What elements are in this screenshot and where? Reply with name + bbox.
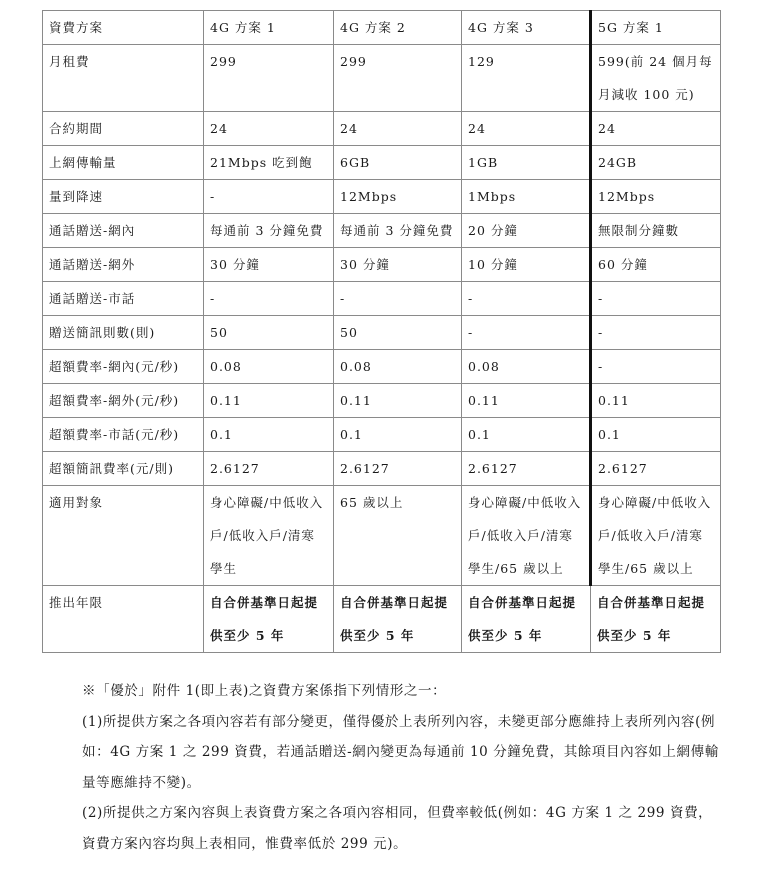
table-cell: 0.08 bbox=[204, 350, 334, 384]
table-cell: - bbox=[591, 316, 721, 350]
table-cell: 129 bbox=[462, 45, 591, 112]
header-cell-4g-plan-3: 4G 方案 3 bbox=[462, 11, 591, 45]
table-cell: 0.1 bbox=[462, 418, 591, 452]
table-cell: 24 bbox=[334, 112, 462, 146]
table-cell: 0.11 bbox=[204, 384, 334, 418]
table-cell: - bbox=[204, 180, 334, 214]
table-cell: 無限制分鐘數 bbox=[591, 214, 721, 248]
table-cell: - bbox=[462, 282, 591, 316]
table-cell: 0.11 bbox=[462, 384, 591, 418]
table-cell: 21Mbps 吃到飽 bbox=[204, 146, 334, 180]
table-cell: 24 bbox=[462, 112, 591, 146]
rate-plan-table: 資費方案 4G 方案 1 4G 方案 2 4G 方案 3 5G 方案 1 月租費… bbox=[42, 10, 721, 653]
footnote-item-2: (2)所提供之方案內容與上表資費方案之各項內容相同，但費率較低(例如：4G 方案… bbox=[82, 798, 722, 859]
table-cell: 0.08 bbox=[462, 350, 591, 384]
table-cell: 1GB bbox=[462, 146, 591, 180]
row-label: 通話贈送-網外 bbox=[43, 248, 204, 282]
table-cell: 自合併基準日起提供至少 5 年 bbox=[462, 586, 591, 653]
table-row-data-allowance: 上網傳輸量 21Mbps 吃到飽 6GB 1GB 24GB bbox=[43, 146, 721, 180]
row-label: 通話贈送-市話 bbox=[43, 282, 204, 316]
footnote-item-1: (1)所提供方案之各項內容若有部分變更，僅得優於上表所列內容，未變更部分應維持上… bbox=[82, 707, 722, 799]
table-cell: 自合併基準日起提供至少 5 年 bbox=[334, 586, 462, 653]
table-cell: 1Mbps bbox=[462, 180, 591, 214]
header-cell-plan-label: 資費方案 bbox=[43, 11, 204, 45]
row-label: 推出年限 bbox=[43, 586, 204, 653]
table-cell: 24 bbox=[591, 112, 721, 146]
table-cell: 2.6127 bbox=[591, 452, 721, 486]
table-cell: 身心障礙/中低收入戶/低收入戶/清寒學生/65 歲以上 bbox=[591, 486, 721, 586]
table-row-landline-calls: 通話贈送-市話 - - - - bbox=[43, 282, 721, 316]
table-row-on-net-calls: 通話贈送-網內 每通前 3 分鐘免費 每通前 3 分鐘免費 20 分鐘 無限制分… bbox=[43, 214, 721, 248]
header-cell-4g-plan-1: 4G 方案 1 bbox=[204, 11, 334, 45]
row-label: 量到降速 bbox=[43, 180, 204, 214]
table-cell: 60 分鐘 bbox=[591, 248, 721, 282]
table-row-off-net-calls: 通話贈送-網外 30 分鐘 30 分鐘 10 分鐘 60 分鐘 bbox=[43, 248, 721, 282]
table-cell: 0.1 bbox=[591, 418, 721, 452]
table-cell: 自合併基準日起提供至少 5 年 bbox=[204, 586, 334, 653]
row-label: 月租費 bbox=[43, 45, 204, 112]
table-cell: - bbox=[204, 282, 334, 316]
table-cell: 0.1 bbox=[204, 418, 334, 452]
footnotes: ※「優於」附件 1(即上表)之資費方案係指下列情形之一： (1)所提供方案之各項… bbox=[82, 676, 722, 859]
table-row-overage-sms: 超額簡訊費率(元/則) 2.6127 2.6127 2.6127 2.6127 bbox=[43, 452, 721, 486]
table-row-overage-on-net: 超額費率-網內(元/秒) 0.08 0.08 0.08 - bbox=[43, 350, 721, 384]
table-row-overage-off-net: 超額費率-網外(元/秒) 0.11 0.11 0.11 0.11 bbox=[43, 384, 721, 418]
header-cell-4g-plan-2: 4G 方案 2 bbox=[334, 11, 462, 45]
table-row-contract-period: 合約期間 24 24 24 24 bbox=[43, 112, 721, 146]
table-cell: 12Mbps bbox=[334, 180, 462, 214]
table-header-row: 資費方案 4G 方案 1 4G 方案 2 4G 方案 3 5G 方案 1 bbox=[43, 11, 721, 45]
table-cell: 12Mbps bbox=[591, 180, 721, 214]
table-cell: 0.08 bbox=[334, 350, 462, 384]
table-cell: 50 bbox=[204, 316, 334, 350]
table-cell: - bbox=[591, 350, 721, 384]
table-cell: - bbox=[334, 282, 462, 316]
row-label: 超額費率-網外(元/秒) bbox=[43, 384, 204, 418]
table-cell: 299 bbox=[334, 45, 462, 112]
table-cell: 2.6127 bbox=[462, 452, 591, 486]
table-cell: 50 bbox=[334, 316, 462, 350]
table-cell: 10 分鐘 bbox=[462, 248, 591, 282]
table-cell: 20 分鐘 bbox=[462, 214, 591, 248]
table-cell: 2.6127 bbox=[334, 452, 462, 486]
table-cell: 0.11 bbox=[591, 384, 721, 418]
table-cell: - bbox=[462, 316, 591, 350]
table-row-eligibility: 適用對象 身心障礙/中低收入戶/低收入戶/清寒學生 65 歲以上 身心障礙/中低… bbox=[43, 486, 721, 586]
table-cell: 每通前 3 分鐘免費 bbox=[204, 214, 334, 248]
row-label: 超額費率-網內(元/秒) bbox=[43, 350, 204, 384]
row-label: 上網傳輸量 bbox=[43, 146, 204, 180]
table-cell: 30 分鐘 bbox=[204, 248, 334, 282]
table-cell: 30 分鐘 bbox=[334, 248, 462, 282]
table-cell: 身心障礙/中低收入戶/低收入戶/清寒學生/65 歲以上 bbox=[462, 486, 591, 586]
table-cell: 自合併基準日起提供至少 5 年 bbox=[591, 586, 721, 653]
table-cell: 599(前 24 個月每月減收 100 元) bbox=[591, 45, 721, 112]
table-cell: 每通前 3 分鐘免費 bbox=[334, 214, 462, 248]
row-label: 合約期間 bbox=[43, 112, 204, 146]
table-cell: 6GB bbox=[334, 146, 462, 180]
table-row-overage-landline: 超額費率-市話(元/秒) 0.1 0.1 0.1 0.1 bbox=[43, 418, 721, 452]
table-cell: 身心障礙/中低收入戶/低收入戶/清寒學生 bbox=[204, 486, 334, 586]
table-row-throttle-speed: 量到降速 - 12Mbps 1Mbps 12Mbps bbox=[43, 180, 721, 214]
row-label: 超額簡訊費率(元/則) bbox=[43, 452, 204, 486]
row-label: 超額費率-市話(元/秒) bbox=[43, 418, 204, 452]
footnote-intro: ※「優於」附件 1(即上表)之資費方案係指下列情形之一： bbox=[82, 676, 722, 707]
table-cell: 299 bbox=[204, 45, 334, 112]
row-label: 通話贈送-網內 bbox=[43, 214, 204, 248]
table-row-free-sms: 贈送簡訊則數(則) 50 50 - - bbox=[43, 316, 721, 350]
table-row-monthly-fee: 月租費 299 299 129 599(前 24 個月每月減收 100 元) bbox=[43, 45, 721, 112]
table-cell: - bbox=[591, 282, 721, 316]
table-cell: 24GB bbox=[591, 146, 721, 180]
table-row-offer-period: 推出年限 自合併基準日起提供至少 5 年 自合併基準日起提供至少 5 年 自合併… bbox=[43, 586, 721, 653]
table-cell: 0.11 bbox=[334, 384, 462, 418]
table-cell: 24 bbox=[204, 112, 334, 146]
header-cell-5g-plan-1: 5G 方案 1 bbox=[591, 11, 721, 45]
table-cell: 65 歲以上 bbox=[334, 486, 462, 586]
table-cell: 0.1 bbox=[334, 418, 462, 452]
row-label: 贈送簡訊則數(則) bbox=[43, 316, 204, 350]
table-cell: 2.6127 bbox=[204, 452, 334, 486]
row-label: 適用對象 bbox=[43, 486, 204, 586]
